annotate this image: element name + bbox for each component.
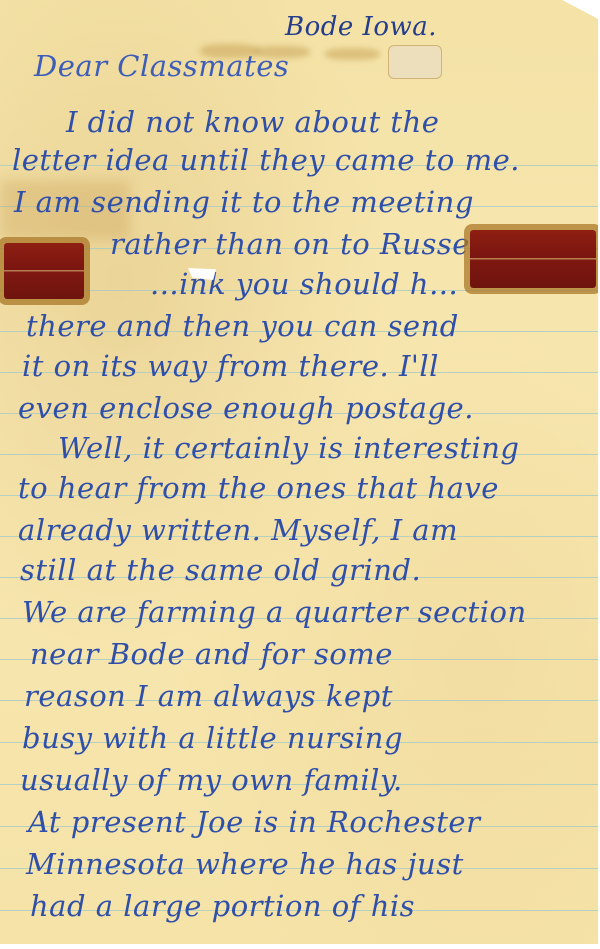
letter-line: reason I am always kept <box>24 682 393 711</box>
letter-line: already written. Myself, I am <box>18 516 458 545</box>
letter-line: At present Joe is in Rochester <box>28 808 480 837</box>
letter-line: letter idea until they came to me. <box>12 146 520 175</box>
letter-salutation: Dear Classmates <box>34 52 289 81</box>
letter-line: even enclose enough postage. <box>18 394 474 423</box>
letter-line: Minnesota where he has just <box>26 850 464 879</box>
letter-line: still at the same old grind. <box>20 556 421 585</box>
letter-line: it on its way from there. I'll <box>22 352 439 381</box>
letter-line: usually of my own family. <box>20 766 403 795</box>
tape-right <box>470 230 596 288</box>
letter-line: I am sending it to the meeting <box>14 188 474 217</box>
letter-line: to hear from the ones that have <box>18 474 499 503</box>
glue-stain <box>325 48 380 60</box>
letter-line: I did not know about the <box>66 108 439 137</box>
letter-line: there and then you can send <box>26 312 459 341</box>
tape-left <box>4 243 84 299</box>
letter-line: had a large portion of his <box>30 892 415 921</box>
letter-line: Well, it certainly is interesting <box>58 434 520 463</box>
letter-place: Bode Iowa. <box>285 14 437 40</box>
letter-line: busy with a little nursing <box>22 724 403 753</box>
letter-line: rather than on to Russe... <box>110 230 499 259</box>
letter-line: We are farming a quarter section <box>22 598 527 627</box>
letter-paper: Bode Iowa. Dear Classmates I did not kno… <box>0 0 598 944</box>
letter-line: near Bode and for some <box>30 640 393 669</box>
torn-sticker-remnant <box>388 45 442 79</box>
